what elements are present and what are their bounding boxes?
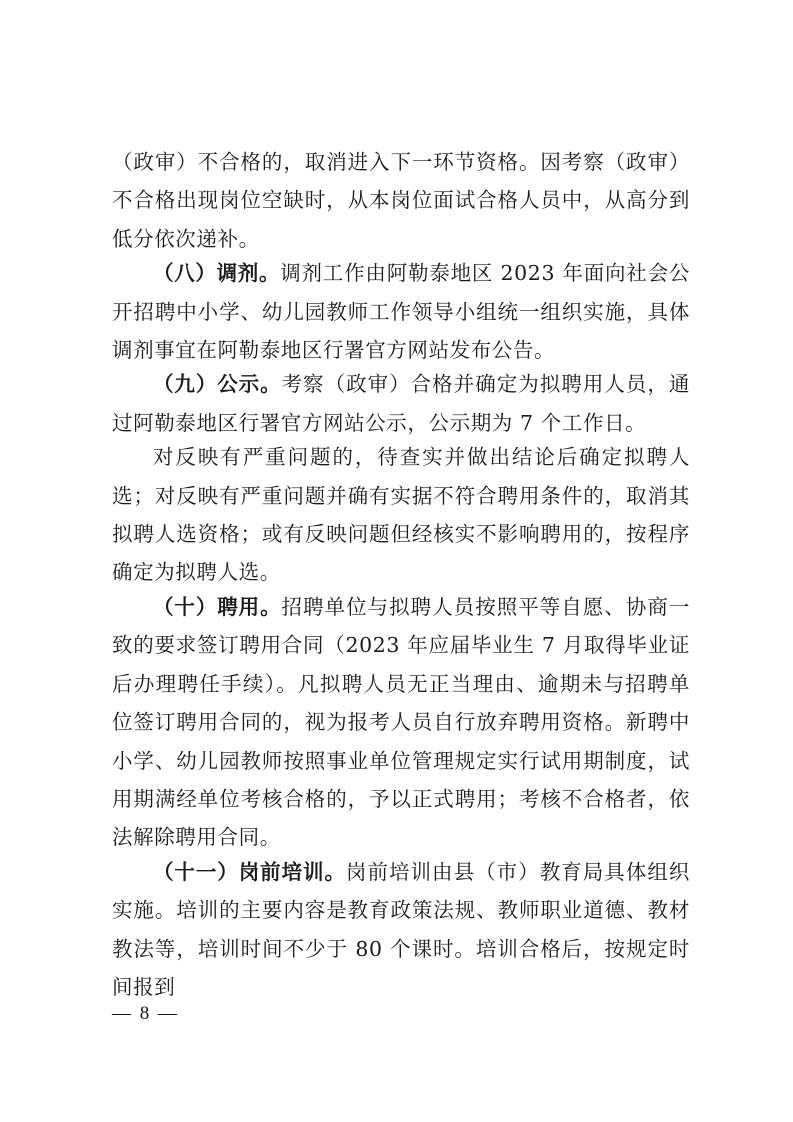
section-heading: （十）聘用。 [153, 595, 282, 619]
paragraph-text: （政审）不合格的，取消进入下一环节资格。因考察（政审）不合格出现岗位空缺时，从本… [112, 150, 690, 251]
paragraph-adjustment: （八）调剂。调剂工作由阿勒泰地区 2023 年面向社会公开招聘中小学、幼儿园教师… [112, 254, 690, 369]
paragraph-pre-job-training: （十一）岗前培训。岗前培训由县（市）教育局具体组织实施。培训的主要内容是教育政策… [112, 853, 690, 1007]
paragraph-political-review: （政审）不合格的，取消进入下一环节资格。因考察（政审）不合格出现岗位空缺时，从本… [112, 143, 690, 258]
section-heading: （九）公示。 [153, 372, 282, 396]
paragraph-text: 招聘单位与拟聘人员按照平等自愿、协商一致的要求签订聘用合同（2023 年应届毕业… [112, 595, 690, 849]
section-heading: （十一）岗前培训。 [153, 860, 346, 884]
paragraph-complaints: 对反映有严重问题的，待查实并做出结论后确定拟聘人选；对反映有严重问题并确有实据不… [112, 438, 690, 592]
paragraph-employment: （十）聘用。招聘单位与拟聘人员按照平等自愿、协商一致的要求签订聘用合同（2023… [112, 588, 690, 857]
paragraph-text: 对反映有严重问题的，待查实并做出结论后确定拟聘人选；对反映有严重问题并确有实据不… [112, 445, 690, 584]
paragraph-publicity: （九）公示。考察（政审）合格并确定为拟聘用人员，通过阿勒泰地区行署官方网站公示，… [112, 365, 690, 442]
document-body: （政审）不合格的，取消进入下一环节资格。因考察（政审）不合格出现岗位空缺时，从本… [112, 143, 690, 1002]
page-number: — 8 — [112, 1003, 179, 1025]
section-heading: （八）调剂。 [153, 261, 280, 285]
